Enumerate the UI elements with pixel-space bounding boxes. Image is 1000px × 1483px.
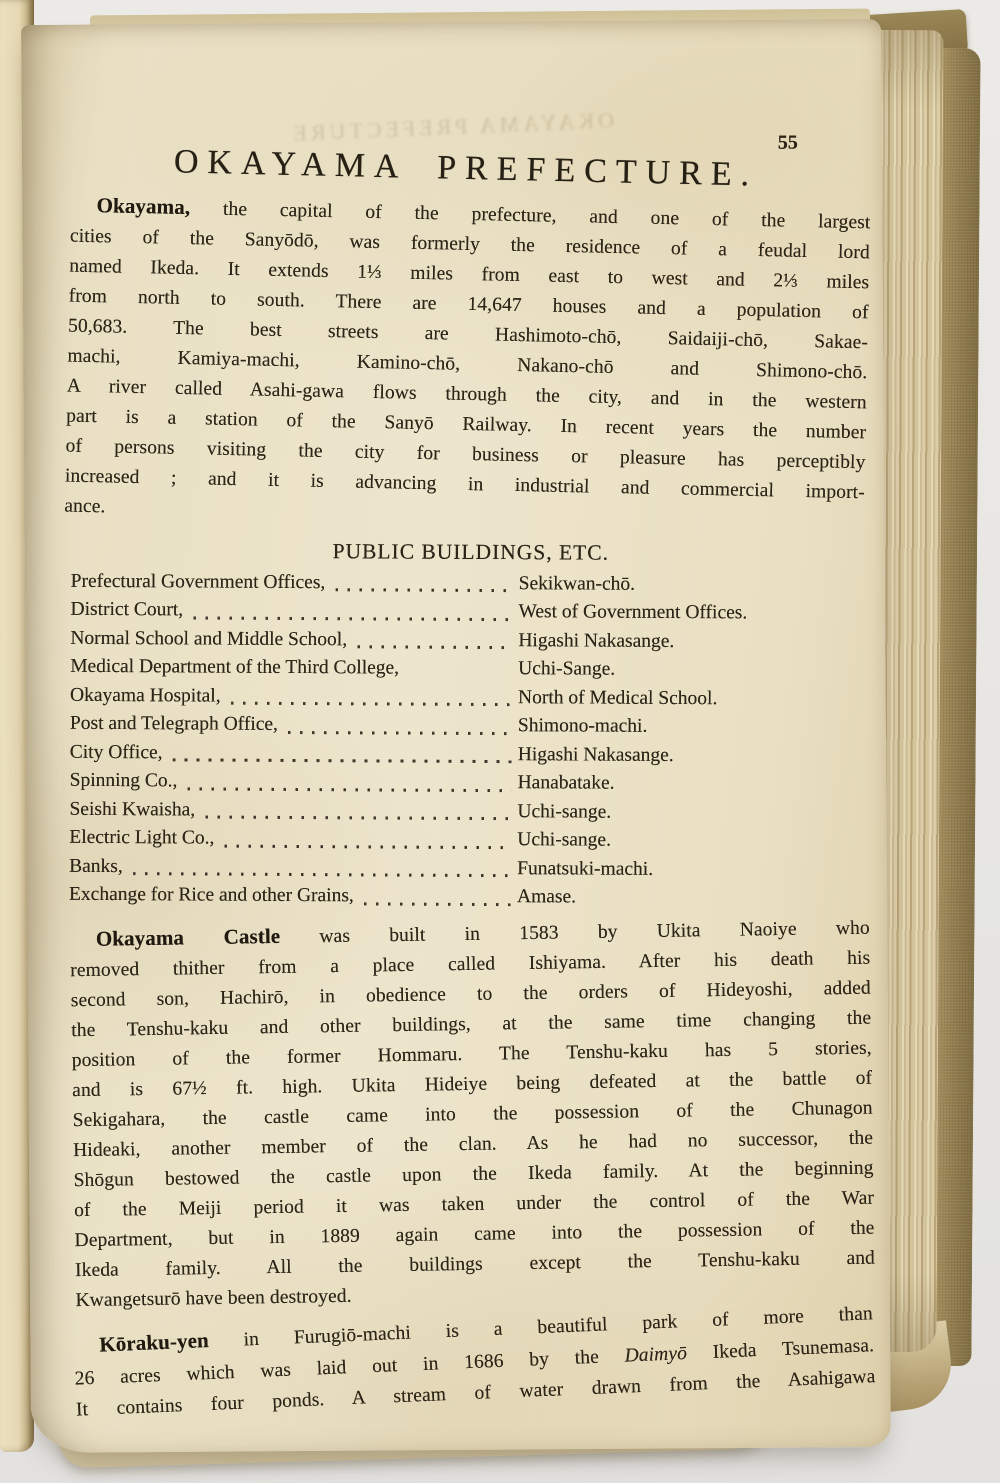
building-label: Normal School and Middle School, xyxy=(70,624,347,654)
intro-paragraph: Okayama, the capital of the prefecture, … xyxy=(64,190,871,539)
photo-background: { "photo": { "background_color": "#e7e6e… xyxy=(0,0,1000,1483)
text-span: was built in 1583 by Ukita Naoiye who xyxy=(280,917,870,947)
paragraph-lead: Okayama, xyxy=(96,193,190,219)
building-label: Spinning Co., xyxy=(70,767,178,796)
dotted-leader xyxy=(193,616,512,621)
dotted-leader xyxy=(288,730,512,734)
page-number: 55 xyxy=(778,132,798,155)
building-label: Exchange for Rice and other Grains, xyxy=(69,881,354,911)
building-label: Electric Light Co., xyxy=(69,824,214,853)
building-location: Uchi-sange. xyxy=(517,798,869,828)
dotted-leader xyxy=(205,816,511,821)
building-row: Seishi Kwaisha,Uchi-sange. xyxy=(69,795,869,828)
building-row: Okayama Hospital,North of Medical School… xyxy=(70,681,870,714)
section-heading: PUBLIC BUILDINGS, ETC. xyxy=(71,536,871,569)
paragraph-lead: Okayama Castle xyxy=(96,923,281,950)
dotted-leader xyxy=(364,902,511,906)
dotted-leader xyxy=(231,702,512,706)
building-location: Amase. xyxy=(517,883,869,913)
dotted-leader xyxy=(133,872,511,877)
building-location: Hanabatake. xyxy=(518,769,870,799)
dotted-leader xyxy=(173,758,512,763)
book-page: OKAYAMA PREFECTURE 55 OKAYAMA PREFECTURE… xyxy=(21,19,891,1453)
dotted-leader xyxy=(357,645,512,649)
building-label: City Office, xyxy=(70,738,163,767)
building-row: Banks,Funatsuki-machi. xyxy=(69,852,869,885)
building-row: Medical Department of the Third College,… xyxy=(70,653,870,686)
building-location: Funatsuki-machi. xyxy=(517,855,869,885)
building-location: Uchi-Sange. xyxy=(518,655,870,685)
dotted-leader xyxy=(224,844,511,849)
building-label: Banks, xyxy=(69,852,123,881)
page-title: OKAYAMA PREFECTURE. xyxy=(66,141,867,197)
dotted-leader xyxy=(335,588,512,592)
building-label: Prefectural Government Offices, xyxy=(71,567,326,597)
castle-paragraph: Okayama Castle was built in 1583 by Ukit… xyxy=(70,911,876,1316)
building-location: Sekikwan-chō. xyxy=(519,570,871,600)
building-label: Okayama Hospital, xyxy=(70,681,221,710)
building-label: Seishi Kwaisha, xyxy=(69,795,195,824)
building-row: Post and Telegraph Office,Shimono-machi. xyxy=(70,710,870,743)
dotted-leader xyxy=(409,674,512,678)
building-row: District Court,West of Government Office… xyxy=(70,596,870,629)
building-location: Uchi-sange. xyxy=(517,826,869,856)
koraku-paragraph: Kōraku-yen in Furugiō-machi is a beautif… xyxy=(73,1297,876,1426)
building-label: Medical Department of the Third College, xyxy=(70,653,399,683)
public-buildings-section: PUBLIC BUILDINGS, ETC. Prefectural Gover… xyxy=(69,536,871,914)
building-label: District Court, xyxy=(70,596,183,625)
page-content: 55 OKAYAMA PREFECTURE. Okayama, the capi… xyxy=(65,19,875,1412)
building-row: Electric Light Co.,Uchi-sange. xyxy=(69,824,869,857)
building-location: Higashi Nakasange. xyxy=(518,627,870,657)
building-location: Higashi Nakasange. xyxy=(518,741,870,771)
building-row: Spinning Co.,Hanabatake. xyxy=(70,767,870,800)
building-row: Exchange for Rice and other Grains,Amase… xyxy=(69,881,869,914)
dotted-leader xyxy=(187,787,511,792)
building-location: North of Medical School. xyxy=(518,684,870,714)
building-location: West of Government Offices. xyxy=(518,598,870,628)
italic-word: Daimyō xyxy=(624,1342,687,1366)
text-span: Ikeda Tsunemasa. xyxy=(686,1334,874,1363)
building-row: Normal School and Middle School,Higashi … xyxy=(70,624,870,657)
building-row: Prefectural Government Offices,Sekikwan-… xyxy=(71,567,871,600)
building-row: City Office,Higashi Nakasange. xyxy=(70,738,870,771)
paragraph-lead: Kōraku-yen xyxy=(99,1328,209,1357)
building-location: Shimono-machi. xyxy=(518,712,870,742)
building-label: Post and Telegraph Office, xyxy=(70,710,278,740)
